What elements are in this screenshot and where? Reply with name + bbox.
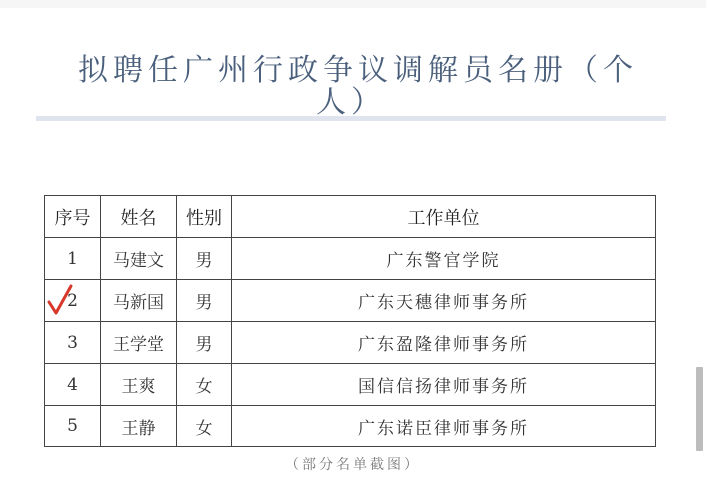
cell-workplace: 广东警官学院 — [232, 238, 656, 280]
cell-workplace: 广东诺臣律师事务所 — [232, 406, 656, 447]
header-workplace: 工作单位 — [232, 196, 656, 238]
cell-name: 王静 — [101, 406, 177, 447]
cell-gender: 女 — [177, 406, 232, 447]
mediator-roster-table: 序号 姓名 性别 工作单位 1 马建文 男 广东警官学院 2 马新国 男 广东天… — [44, 195, 656, 447]
top-edge — [0, 0, 706, 8]
red-checkmark-icon — [47, 284, 73, 316]
document-title: 拟聘任广州行政争议调解员名册（个 — [78, 56, 638, 86]
table-row: 3 王学堂 男 广东盈隆律师事务所 — [45, 322, 656, 364]
title-underline-divider — [36, 116, 666, 121]
header-gender: 性别 — [177, 196, 232, 238]
cell-gender: 男 — [177, 238, 232, 280]
cell-gender: 男 — [177, 280, 232, 322]
cell-gender: 男 — [177, 322, 232, 364]
cell-seq: 4 — [45, 364, 101, 406]
vertical-scrollbar-thumb[interactable] — [696, 367, 703, 451]
cell-seq: 5 — [45, 406, 101, 447]
table-row: 1 马建文 男 广东警官学院 — [45, 238, 656, 280]
cell-gender: 女 — [177, 364, 232, 406]
cell-workplace: 广东盈隆律师事务所 — [232, 322, 656, 364]
table-row: 2 马新国 男 广东天穗律师事务所 — [45, 280, 656, 322]
table-row: 4 王爽 女 国信信扬律师事务所 — [45, 364, 656, 406]
header-name: 姓名 — [101, 196, 177, 238]
cell-name: 马新国 — [101, 280, 177, 322]
table-row: 5 王静 女 广东诺臣律师事务所 — [45, 406, 656, 447]
table-header-row: 序号 姓名 性别 工作单位 — [45, 196, 656, 238]
cell-workplace: 广东天穗律师事务所 — [232, 280, 656, 322]
cell-seq: 2 — [45, 280, 101, 322]
header-seq: 序号 — [45, 196, 101, 238]
cell-name: 王爽 — [101, 364, 177, 406]
cell-seq: 3 — [45, 322, 101, 364]
document-title-wrap: 人） — [316, 88, 386, 118]
cell-seq: 1 — [45, 238, 101, 280]
cell-workplace: 国信信扬律师事务所 — [232, 364, 656, 406]
cell-name: 马建文 — [101, 238, 177, 280]
cell-name: 王学堂 — [101, 322, 177, 364]
image-caption: （部分名单截图） — [0, 454, 706, 474]
